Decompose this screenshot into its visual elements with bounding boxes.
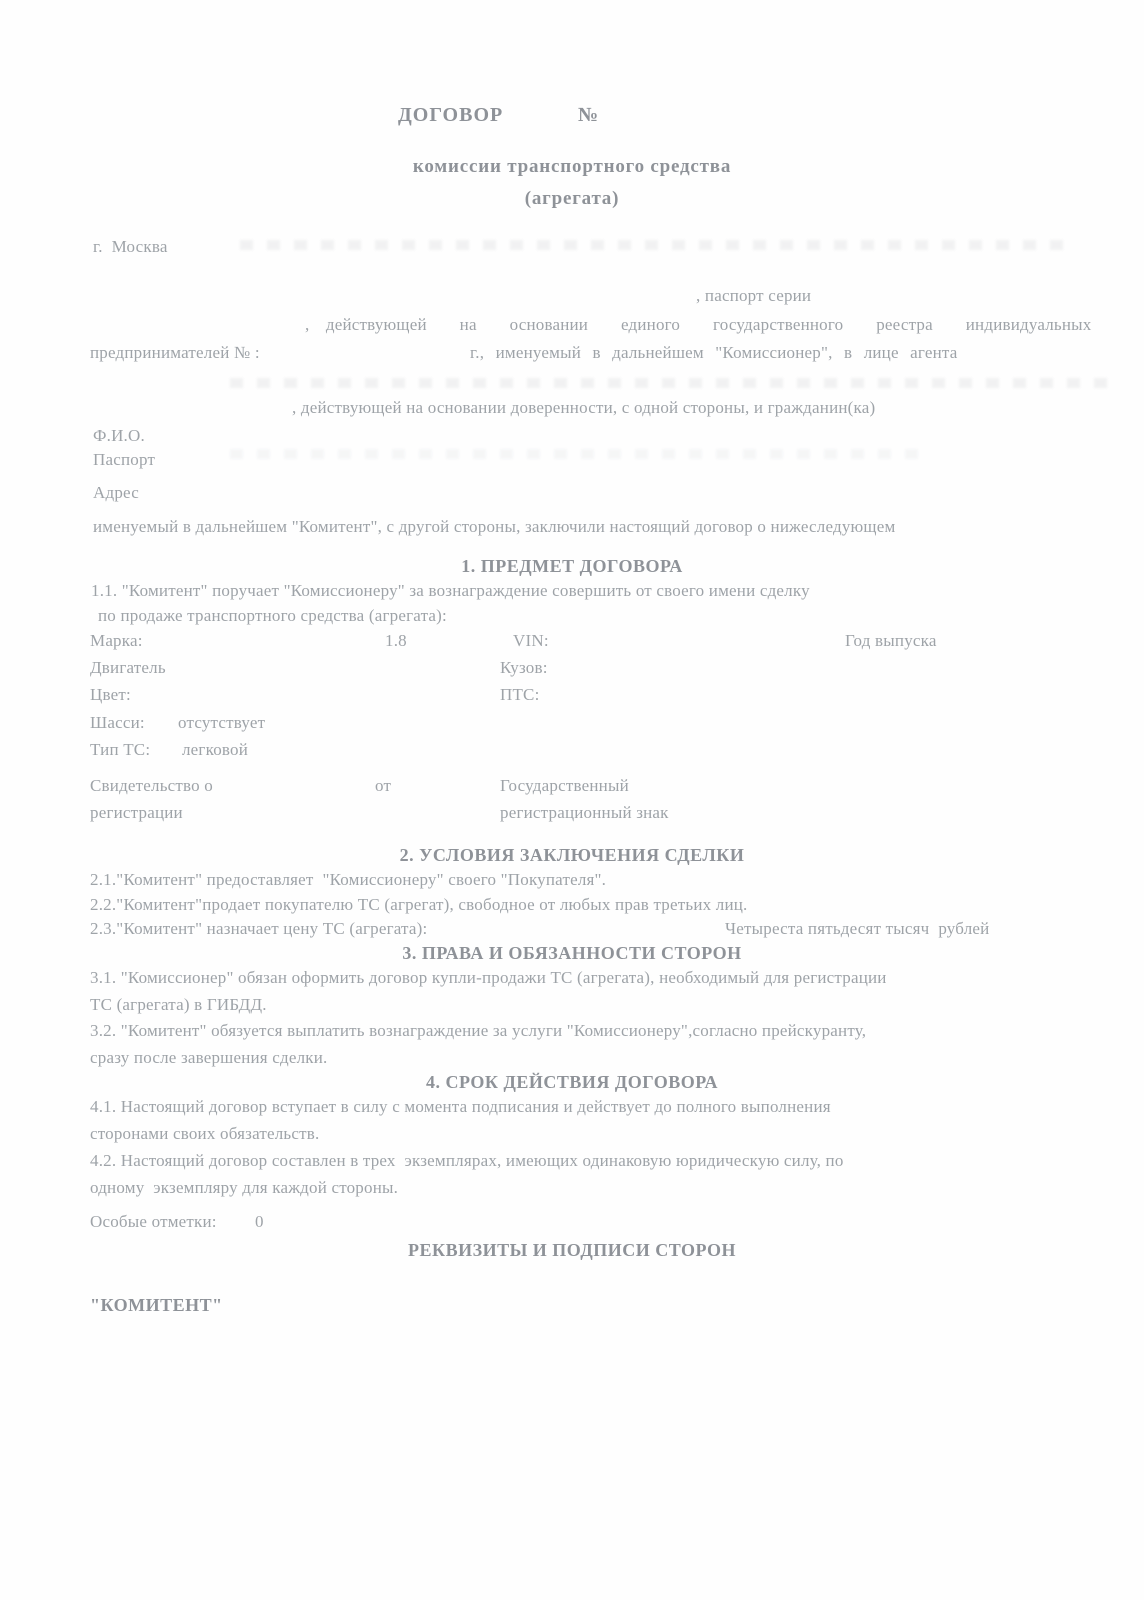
section2-heading: 2. УСЛОВИЯ ЗАКЛЮЧЕНИЯ СДЕЛКИ: [0, 845, 1144, 866]
clause-3-2-line2: сразу после завершения сделки.: [90, 1048, 328, 1068]
scan-artifact: [240, 240, 1070, 250]
passport-series-line: , паспорт серии: [696, 286, 811, 306]
section4-heading: 4. СРОК ДЕЙСТВИЯ ДОГОВОРА: [0, 1072, 1144, 1093]
registry-line: , действующей на основании единого госуд…: [305, 315, 1092, 335]
body-label: Кузов:: [500, 658, 548, 678]
state-plate-label-line2: регистрационный знак: [500, 803, 669, 823]
address-label: Адрес: [93, 483, 139, 503]
passport-label: Паспорт: [93, 450, 155, 470]
doc-subtitle-line1: комиссии транспортного средства: [0, 156, 1144, 178]
scan-artifact: [230, 449, 930, 459]
engine-label: Двигатель: [90, 658, 166, 678]
doc-number-sign: №: [578, 104, 599, 127]
doc-subtitle-line2: (агрегата): [0, 188, 1144, 210]
clause-4-1-line1: 4.1. Настоящий договор вступает в силу с…: [90, 1097, 831, 1117]
registration-cert-label-line1: Свидетельство о: [90, 776, 213, 796]
price-in-words: Четыреста пятьдесят тысяч рублей: [725, 919, 989, 939]
vehicle-type-label: Тип ТС:: [90, 740, 150, 760]
clause-4-1-line2: сторонами своих обязательств.: [90, 1124, 319, 1144]
entrepreneurs-line: предпринимателей № :: [90, 343, 260, 363]
pts-label: ПТС:: [500, 685, 540, 705]
state-plate-label-line1: Государственный: [500, 776, 629, 796]
komitent-party-heading: "КОМИТЕНТ": [90, 1295, 223, 1316]
clause-4-2-line1: 4.2. Настоящий договор составлен в трех …: [90, 1151, 844, 1171]
komitent-preamble-line: именуемый в дальнейшем "Комитент", с дру…: [93, 517, 895, 537]
chassis-label: Шасси:: [90, 713, 145, 733]
section3-heading: 3. ПРАВА И ОБЯЗАННОСТИ СТОРОН: [0, 943, 1144, 964]
marka-value: 1.8: [385, 631, 407, 651]
year-label: Год выпуска: [845, 631, 937, 651]
clause-3-1-line2: ТС (агрегата) в ГИБДД.: [90, 995, 267, 1015]
city-label: г. Москва: [93, 237, 168, 257]
doc-title: ДОГОВОР: [398, 104, 503, 127]
scanned-contract-page: ДОГОВОР № комиссии транспортного средств…: [0, 0, 1144, 1600]
chassis-value: отсутствует: [178, 713, 265, 733]
from-label: от: [375, 776, 391, 796]
requisites-heading: РЕКВИЗИТЫ И ПОДПИСИ СТОРОН: [0, 1240, 1144, 1261]
clause-2-3: 2.3."Комитент" назначает цену ТС (агрега…: [90, 919, 427, 939]
vehicle-type-value: легковой: [182, 740, 248, 760]
section1-heading: 1. ПРЕДМЕТ ДОГОВОРА: [0, 556, 1144, 577]
clause-2-1: 2.1."Комитент" предоставляет "Комиссионе…: [90, 870, 606, 890]
fio-label: Ф.И.О.: [93, 426, 145, 446]
registration-cert-label-line2: регистрации: [90, 803, 183, 823]
vin-label: VIN:: [513, 631, 549, 651]
commissioner-line: г., именуемый в дальнейшем "Комиссионер"…: [470, 343, 958, 363]
color-label: Цвет:: [90, 685, 131, 705]
scan-artifact: [230, 378, 1120, 388]
clause-1-1-line2: по продаже транспортного средства (агрег…: [98, 606, 447, 626]
clause-3-1-line1: 3.1. "Комиссионер" обязан оформить догов…: [90, 968, 887, 988]
attorney-line: , действующей на основании доверенности,…: [292, 398, 875, 418]
marka-label: Марка:: [90, 631, 143, 651]
clause-1-1-line1: 1.1. "Комитент" поручает "Комиссионеру" …: [91, 581, 810, 601]
clause-3-2-line1: 3.2. "Комитент" обязуется выплатить возн…: [90, 1021, 866, 1041]
special-notes-value: 0: [255, 1212, 264, 1232]
clause-2-2: 2.2."Комитент"продает покупателю ТС (агр…: [90, 895, 748, 915]
special-notes-label: Особые отметки:: [90, 1212, 217, 1232]
clause-4-2-line2: одному экземпляру для каждой стороны.: [90, 1178, 398, 1198]
